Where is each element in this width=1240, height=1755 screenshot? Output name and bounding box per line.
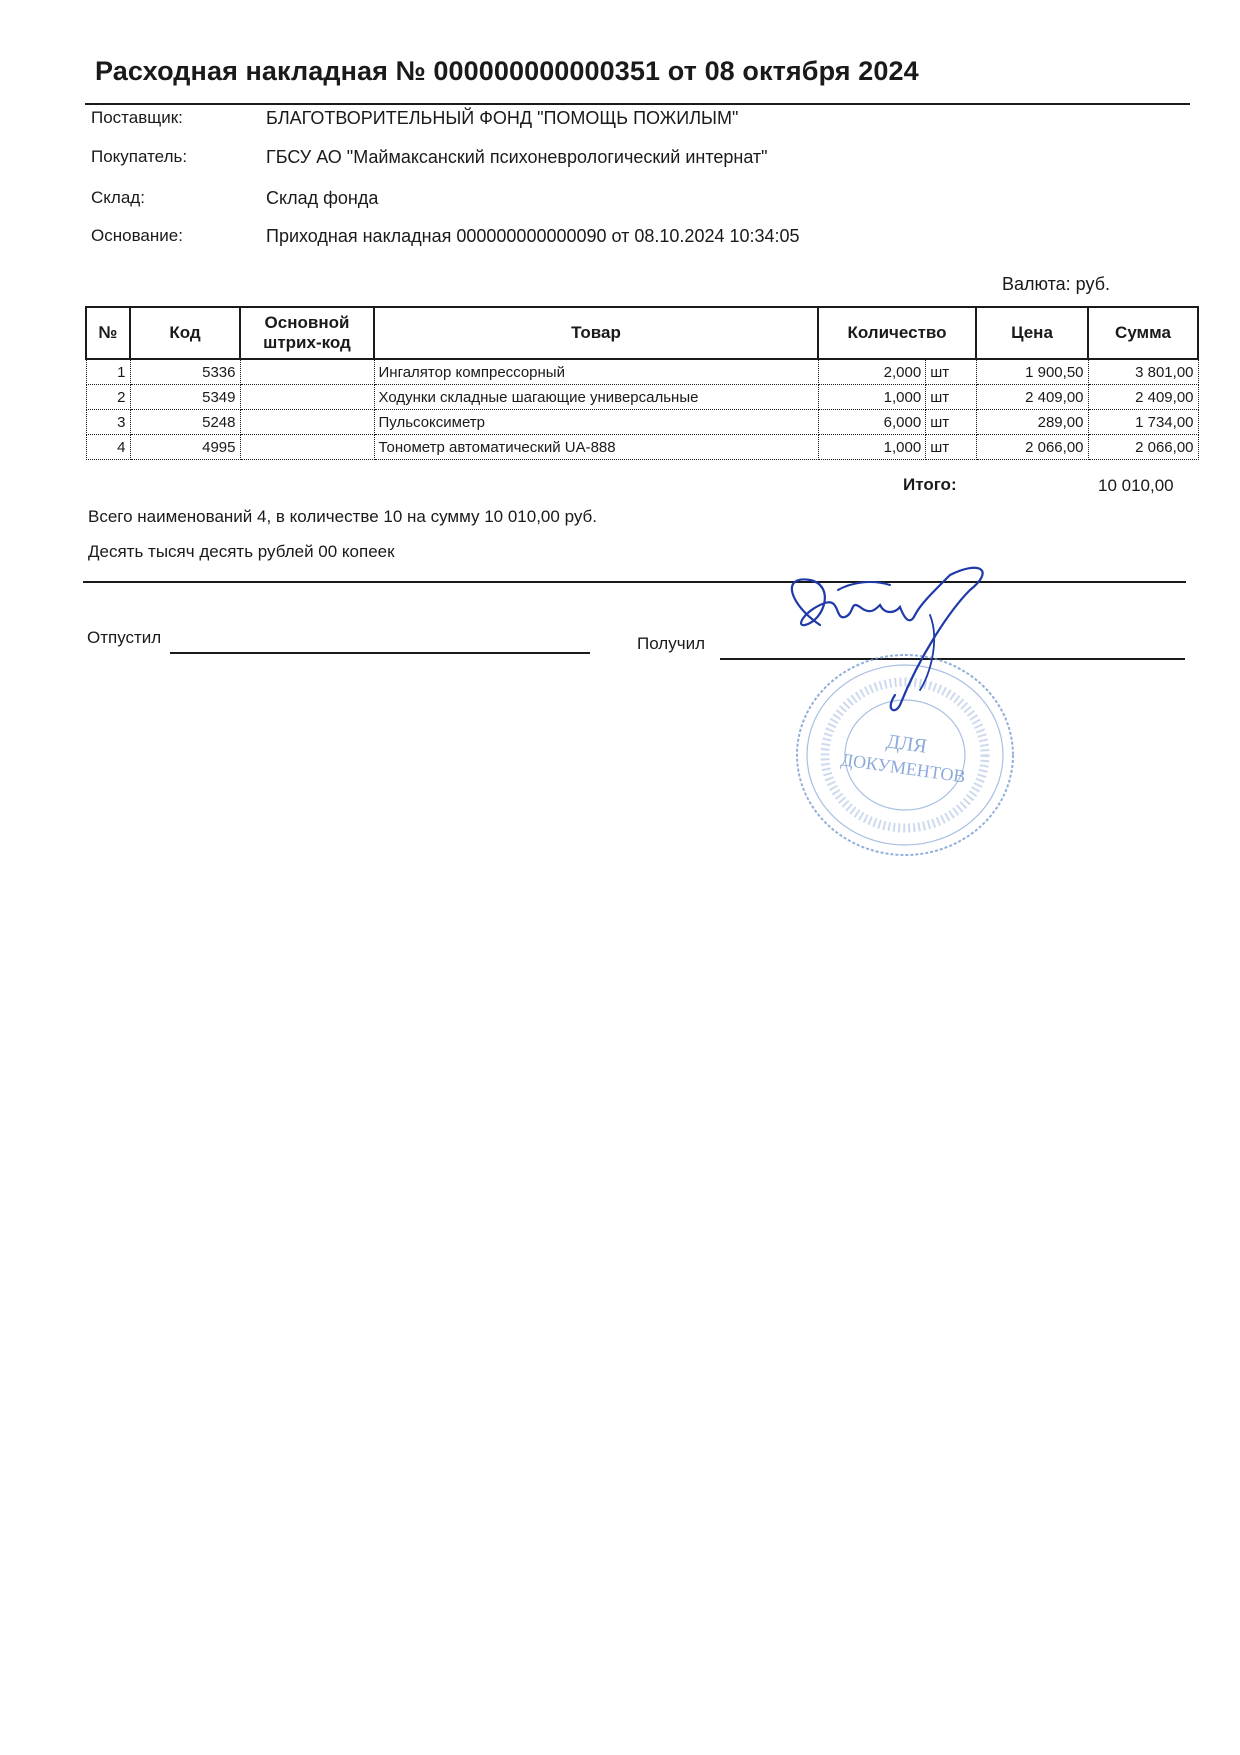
row-price: 1 900,50 <box>976 359 1088 385</box>
col-barcode-line2: штрих-код <box>263 333 351 352</box>
col-barcode-line1: Основной <box>265 313 350 332</box>
buyer-label: Покупатель: <box>91 147 187 167</box>
col-num: № <box>86 307 130 359</box>
table-header-row: № Код Основнойштрих-код Товар Количество… <box>86 307 1198 359</box>
row-sum: 2 066,00 <box>1088 435 1198 460</box>
col-product: Товар <box>374 307 818 359</box>
row-num: 2 <box>86 385 130 410</box>
total-label: Итого: <box>903 475 957 495</box>
basis-label: Основание: <box>91 226 183 246</box>
warehouse-label: Склад: <box>91 188 145 208</box>
warehouse-value: Склад фонда <box>266 188 378 209</box>
row-product: Ходунки складные шагающие универсальные <box>374 385 818 410</box>
received-label: Получил <box>637 634 705 654</box>
row-quantity: 1,000 <box>818 435 926 460</box>
row-price: 2 066,00 <box>976 435 1088 460</box>
svg-text:ДЛЯ: ДЛЯ <box>885 730 928 757</box>
row-price: 2 409,00 <box>976 385 1088 410</box>
col-quantity: Количество <box>818 307 976 359</box>
supplier-label: Поставщик: <box>91 108 183 128</box>
row-code: 5336 <box>130 359 240 385</box>
row-barcode <box>240 385 374 410</box>
row-product: Тонометр автоматический UA-888 <box>374 435 818 460</box>
row-barcode <box>240 410 374 435</box>
document-title: Расходная накладная № 000000000000351 от… <box>95 56 919 87</box>
col-code: Код <box>130 307 240 359</box>
row-code: 5349 <box>130 385 240 410</box>
total-value: 10 010,00 <box>1098 476 1174 496</box>
table-row: 15336Ингалятор компрессорный2,000шт1 900… <box>86 359 1198 385</box>
row-quantity: 2,000 <box>818 359 926 385</box>
col-price: Цена <box>976 307 1088 359</box>
row-num: 4 <box>86 435 130 460</box>
currency-label: Валюта: руб. <box>1002 274 1110 295</box>
title-divider <box>85 103 1190 105</box>
row-sum: 3 801,00 <box>1088 359 1198 385</box>
released-label: Отпустил <box>87 628 161 648</box>
col-barcode: Основнойштрих-код <box>240 307 374 359</box>
row-barcode <box>240 435 374 460</box>
table-row: 25349Ходунки складные шагающие универсал… <box>86 385 1198 410</box>
row-unit: шт <box>926 385 976 410</box>
buyer-value: ГБСУ АО "Маймаксанский психоневрологичес… <box>266 147 768 168</box>
table-row: 44995Тонометр автоматический UA-8881,000… <box>86 435 1198 460</box>
row-unit: шт <box>926 410 976 435</box>
signature-icon <box>780 565 1020 715</box>
row-num: 3 <box>86 410 130 435</box>
summary-count: Всего наименований 4, в количестве 10 на… <box>88 507 597 527</box>
row-price: 289,00 <box>976 410 1088 435</box>
row-code: 5248 <box>130 410 240 435</box>
row-unit: шт <box>926 435 976 460</box>
row-barcode <box>240 359 374 385</box>
row-quantity: 1,000 <box>818 385 926 410</box>
row-unit: шт <box>926 359 976 385</box>
row-product: Ингалятор компрессорный <box>374 359 818 385</box>
row-num: 1 <box>86 359 130 385</box>
col-sum: Сумма <box>1088 307 1198 359</box>
supplier-value: БЛАГОТВОРИТЕЛЬНЫЙ ФОНД "ПОМОЩЬ ПОЖИЛЫМ" <box>266 108 738 129</box>
summary-divider <box>83 581 1186 583</box>
row-code: 4995 <box>130 435 240 460</box>
row-sum: 2 409,00 <box>1088 385 1198 410</box>
svg-text:ДОКУМЕНТОВ: ДОКУМЕНТОВ <box>840 749 967 786</box>
row-sum: 1 734,00 <box>1088 410 1198 435</box>
items-table: № Код Основнойштрих-код Товар Количество… <box>85 306 1199 460</box>
row-quantity: 6,000 <box>818 410 926 435</box>
released-signature-line <box>170 652 590 654</box>
summary-words: Десять тысяч десять рублей 00 копеек <box>88 542 395 562</box>
row-product: Пульсоксиметр <box>374 410 818 435</box>
basis-value: Приходная накладная 000000000000090 от 0… <box>266 226 800 247</box>
table-row: 35248Пульсоксиметр6,000шт289,001 734,00 <box>86 410 1198 435</box>
